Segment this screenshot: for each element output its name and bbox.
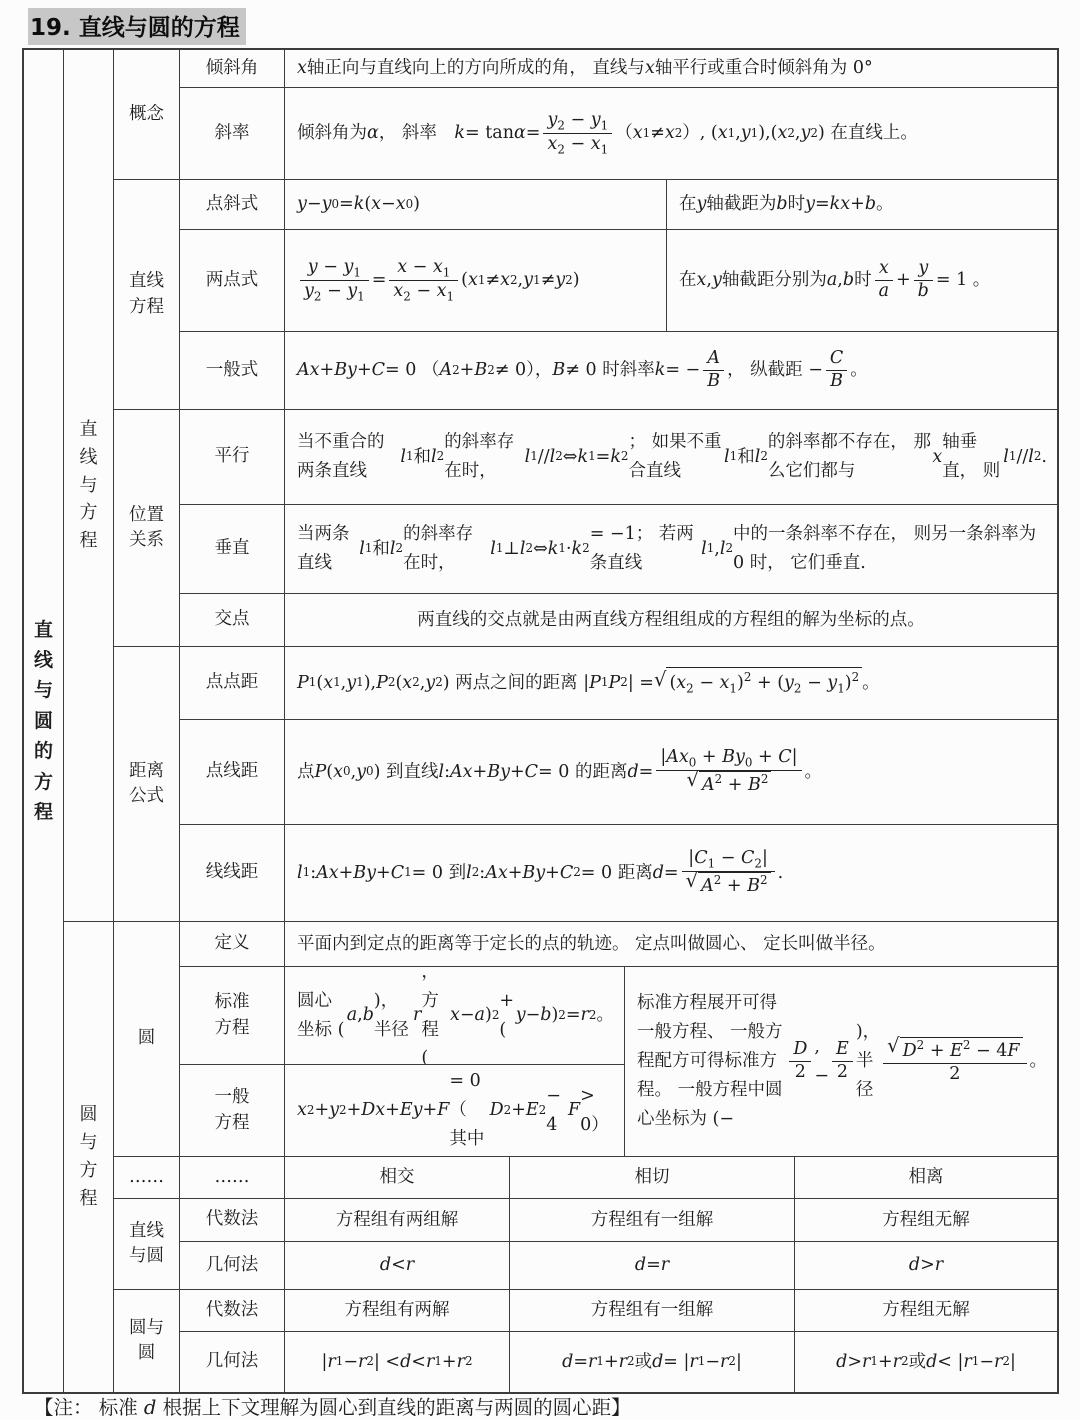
category-position-relation: 位置 关系 [114, 410, 180, 647]
label-point-point-distance: 点点距 [180, 647, 285, 720]
category-concept: 概念 [114, 50, 180, 180]
label-general-equation: 一般 方程 [180, 1065, 285, 1157]
cc-geometry-separate: d > r1 + r2 或 d < |r1 − r2| [795, 1332, 1057, 1392]
note-point-slope: 在 y 轴截距为 b 时 y = kx + b 。 [667, 180, 1057, 230]
label-line-line-distance: 线线距 [180, 825, 285, 922]
formula-table: 直 线 与 圆 的 方 程 直 线 与 方 程 圆 与 方 程 概念 直线 方程… [22, 48, 1059, 1394]
header-tangent: 相切 [510, 1157, 795, 1199]
label-slope: 斜率 [180, 88, 285, 180]
row-header-circle-group: 圆 与 方 程 [64, 922, 114, 1392]
row-header-root: 直 线 与 圆 的 方 程 [24, 50, 64, 1392]
content-point-point-distance: P1(x1, y1), P2(x2, y2) 两点之间的距离 |P1P2| = … [285, 647, 1057, 720]
content-standard-equation: 圆心坐标 (a,b)， 半径 r ，方程 (x − a)2 + (y − b)2… [285, 967, 625, 1065]
label-two-point: 两点式 [180, 230, 285, 332]
label-definition: 定义 [180, 922, 285, 967]
page-title: 19. 直线与圆的方程 [28, 8, 246, 45]
note-equation-relation: 标准方程展开可得一般方程、 一般方程配方可得标准方程。 一般方程中圆心坐标为 (… [625, 967, 1057, 1157]
cc-geometry-tangent: d = r1 + r2 或 d = |r1 − r2| [510, 1332, 795, 1392]
label-cc-geometry: 几何法 [180, 1332, 285, 1392]
category-line-circle: 直线 与圆 [114, 1199, 180, 1290]
label-standard-equation: 标准 方程 [180, 967, 285, 1065]
lc-geometry-separate: d > r [795, 1242, 1057, 1290]
cc-algebra-intersecting: 方程组有两解 [285, 1290, 510, 1332]
label-lc-geometry: 几何法 [180, 1242, 285, 1290]
cc-algebra-tangent: 方程组有一组解 [510, 1290, 795, 1332]
label-parallel: 平行 [180, 410, 285, 505]
lc-algebra-intersecting: 方程组有两组解 [285, 1199, 510, 1242]
row-header-line-group: 直 线 与 方 程 [64, 50, 114, 922]
content-general-form: Ax + By + C = 0 （A2 + B2 ≠ 0）， B ≠ 0 时斜率… [285, 332, 1057, 410]
lc-algebra-separate: 方程组无解 [795, 1199, 1057, 1242]
content-point-line-distance: 点 P(x0, y0) 到直线 l : Ax + By + C = 0 的距离 … [285, 720, 1057, 825]
label-general-form: 一般式 [180, 332, 285, 410]
label-lc-algebra: 代数法 [180, 1199, 285, 1242]
label-dots: …… [180, 1157, 285, 1199]
category-distance-formula: 距离 公式 [114, 647, 180, 922]
content-general-equation: x2 + y2 + Dx + Ey + F = 0（ 其中 D2 + E2 − … [285, 1065, 625, 1157]
label-perpendicular: 垂直 [180, 505, 285, 594]
cc-algebra-separate: 方程组无解 [795, 1290, 1057, 1332]
lc-geometry-tangent: d = r [510, 1242, 795, 1290]
content-perpendicular: 当两条直线 l1 和 l2 的斜率存在时， l1 ⊥ l2 ⇔ k1 · k2 … [285, 505, 1057, 594]
note-two-point: 在 x, y 轴截距分别为 a, b 时 xa + yb = 1 。 [667, 230, 1057, 332]
category-circle-circle: 圆与 圆 [114, 1290, 180, 1392]
content-incline-angle: x 轴正向与直线向上的方向所成的角， 直线与 x 轴平行或重合时倾斜角为 0° [285, 50, 1057, 88]
cc-geometry-intersecting: |r1 − r2| < d < r1 + r2 [285, 1332, 510, 1392]
header-intersecting: 相交 [285, 1157, 510, 1199]
category-line-equation: 直线 方程 [114, 180, 180, 410]
content-intersection: 两直线的交点就是由两直线方程组组成的方程组的解为坐标的点。 [285, 594, 1057, 647]
lc-algebra-tangent: 方程组有一组解 [510, 1199, 795, 1242]
label-intersection: 交点 [180, 594, 285, 647]
content-line-line-distance: l1 : Ax + By + C1 = 0 到 l2 : Ax + By + C… [285, 825, 1057, 922]
footnote: 【注： 标准 d 根据上下文理解为圆心到直线的距离与两圆的圆心距】 [34, 1392, 631, 1420]
label-point-line-distance: 点线距 [180, 720, 285, 825]
label-incline-angle: 倾斜角 [180, 50, 285, 88]
reference-sheet: 19. 直线与圆的方程 直 线 与 圆 的 方 程 直 线 与 方 程 圆 与 … [0, 0, 1080, 1420]
header-separate: 相离 [795, 1157, 1057, 1199]
formula-point-slope: y − y0 = k(x − x0) [285, 180, 667, 230]
content-parallel: 当不重合的两条直线 l1 和 l2 的斜率存在时， l1 // l2 ⇔ k1 … [285, 410, 1057, 505]
content-slope: 倾斜角为 α ， 斜率 k = tan α = y2 − y1x2 − x1 （… [285, 88, 1057, 180]
content-circle-definition: 平面内到定点的距离等于定长的点的轨迹。 定点叫做圆心、 定长叫做半径。 [285, 922, 1057, 967]
label-cc-algebra: 代数法 [180, 1290, 285, 1332]
label-point-slope: 点斜式 [180, 180, 285, 230]
category-dots: …… [114, 1157, 180, 1199]
formula-two-point: y − y1y2 − y1 = x − x1x2 − x1 (x1 ≠ x2, … [285, 230, 667, 332]
lc-geometry-intersecting: d < r [285, 1242, 510, 1290]
category-circle: 圆 [114, 922, 180, 1157]
